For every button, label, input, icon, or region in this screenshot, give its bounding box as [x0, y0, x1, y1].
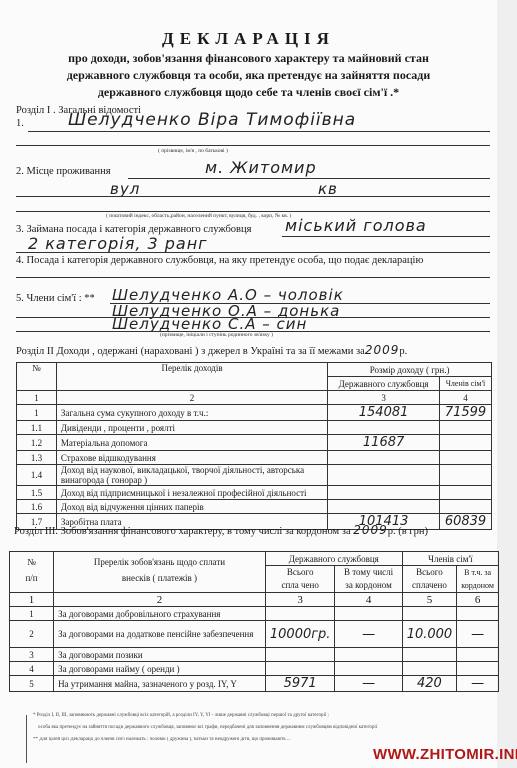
table-row: 5На утримання майна, зазначеного у розд.…	[10, 676, 499, 692]
item1-caption: ( прізвище, ім'я , по батькові )	[158, 148, 228, 154]
section3-heading: Розділ ІІІ. Зобов'язання фінансового хар…	[14, 523, 428, 537]
row-number: 1.6	[17, 500, 57, 514]
family-income-value	[439, 486, 491, 500]
obligation-value: 10.000	[402, 621, 457, 648]
family-income-value: 71599	[439, 405, 491, 421]
header-text: п/п	[14, 570, 49, 586]
item1-label: 1.	[16, 118, 24, 129]
footnote: особа яка претендує на зайняття посади д…	[38, 725, 377, 730]
obligation-value: 5971	[265, 676, 335, 692]
footnote: ** Для цілей цієї Декларації до членів с…	[33, 737, 363, 742]
official-income-value: 154081	[328, 405, 440, 421]
full-name-value: Шелудченко Віра Тимофіївна	[68, 110, 356, 130]
table-row: 1.3Страхове відшкодування	[17, 451, 492, 465]
header-text: сплачено	[404, 579, 456, 592]
row-label: За договорами на додаткове пенсійне забе…	[54, 621, 266, 648]
obligation-value: 10000гр.	[265, 621, 335, 648]
rule	[16, 211, 490, 212]
header-text: кордоном	[458, 579, 497, 592]
table-row: 1Загальна сума сукупного доходу в т.ч.:1…	[17, 405, 492, 421]
header-text: Всього	[270, 566, 331, 579]
row-label: Дивіденди , проценти , роялті	[56, 421, 327, 435]
row-label: Загальна сума сукупного доходу в т.ч.:	[56, 405, 327, 421]
table-row: 1.2Матеріальна допомога11687	[17, 435, 492, 451]
col-list-header: Пререлік зобов'язань щодо сплативнесків …	[54, 552, 266, 593]
category-value: 2 категорія, 3 ранг	[28, 234, 208, 253]
scan-edge	[497, 0, 517, 768]
rule	[16, 145, 490, 146]
row-label: Доход від наукової, викладацької, творчо…	[56, 465, 327, 486]
obligation-value	[335, 662, 402, 676]
official-income-value	[328, 500, 440, 514]
row-number: 1	[17, 405, 57, 421]
col-size-header: Розмір доходу ( грн.)	[328, 363, 492, 377]
row-label: Доход від підприємницької і незалежної п…	[56, 486, 327, 500]
obligation-value	[335, 648, 402, 662]
header-text: В тому числі	[339, 566, 397, 579]
column-number: 2	[54, 593, 266, 607]
section3-heading-text: Розділ ІІІ. Зобов'язання фінансового хар…	[14, 526, 351, 537]
row-label: За договорами найму ( оренди )	[54, 662, 266, 676]
col-official-header: Державного службовця	[328, 377, 440, 391]
footnote: * Розділ І, ІІ, ІІІ, заповнюють державні…	[33, 713, 329, 718]
table-row: 3За договорами позики	[10, 648, 499, 662]
row-label: Доход від відчуження цінних паперів	[56, 500, 327, 514]
column-numbers-row: 123456	[10, 593, 499, 607]
section2-year: 2009	[365, 343, 400, 357]
item4-label: 4. Посада і категорія державного службов…	[16, 255, 423, 266]
family-income-value	[439, 500, 491, 514]
obligation-value: —	[335, 676, 402, 692]
column-numbers-row: 1234	[17, 391, 492, 405]
header-text: Пререлік зобов'язань щодо сплати	[58, 554, 261, 570]
col-fam-total-header: Всьогосплачено	[402, 566, 457, 593]
row-number: 5	[10, 676, 54, 692]
rule	[16, 252, 490, 253]
position-value: міський голова	[285, 216, 427, 235]
document-subtitle: про доходи, зобов'язання фінансового хар…	[0, 50, 497, 101]
header-text: Всього	[404, 566, 456, 579]
obligations-table: №п/п Пререлік зобов'язань щодо сплативне…	[9, 551, 499, 692]
row-number: 1.5	[17, 486, 57, 500]
obligation-value	[265, 607, 335, 621]
header-text: №	[14, 554, 49, 570]
item5-label: 5. Члени сім'ї : **	[16, 293, 95, 304]
row-number: 1.2	[17, 435, 57, 451]
row-number: 1	[10, 607, 54, 621]
row-number: 1.3	[17, 451, 57, 465]
subtitle-line: державного службовця та особи, яка прете…	[0, 67, 497, 84]
row-number: 1.1	[17, 421, 57, 435]
subtitle-line: про доходи, зобов'язання фінансового хар…	[0, 50, 497, 67]
row-number: 3	[10, 648, 54, 662]
row-number: 2	[10, 621, 54, 648]
table-row: 1.6Доход від відчуження цінних паперів	[17, 500, 492, 514]
table-row: 1.1Дивіденди , проценти , роялті	[17, 421, 492, 435]
item2-label: 2. Місце проживання	[16, 166, 111, 177]
column-number: 3	[328, 391, 440, 405]
table-row: 4За договорами найму ( оренди )	[10, 662, 499, 676]
obligation-value	[457, 648, 499, 662]
col-family-header: Членів сім'ї	[439, 377, 491, 391]
column-number: 4	[335, 593, 402, 607]
family-income-value	[439, 435, 491, 451]
section2-heading-text: Розділ ІІ Доходи , одержані (нараховані …	[16, 346, 365, 357]
rule	[28, 131, 490, 132]
obligation-value	[402, 662, 457, 676]
column-number: 3	[265, 593, 335, 607]
col-family-header: Членів сім'ї	[402, 552, 498, 566]
row-label: За договорами позики	[54, 648, 266, 662]
row-label: За договорами добровільного страхування	[54, 607, 266, 621]
obligation-value	[457, 662, 499, 676]
income-table: № Перелік доходів Розмір доходу ( грн.) …	[16, 362, 492, 530]
col-list-header: Перелік доходів	[56, 363, 327, 391]
header-text: внесків ( платежів )	[58, 570, 261, 586]
section3-heading-suffix: р. (в грн)	[388, 526, 428, 537]
rule	[128, 178, 490, 179]
col-num-header: №п/п	[10, 552, 54, 593]
col-total-paid-header: Всьогоспла чено	[265, 566, 335, 593]
row-label: Матеріальна допомога	[56, 435, 327, 451]
family-income-value: 60839	[439, 514, 491, 530]
col-fam-abroad-header: В т.ч. закордоном	[457, 566, 499, 593]
column-number: 1	[17, 391, 57, 405]
section2-heading: Розділ ІІ Доходи , одержані (нараховані …	[16, 343, 407, 357]
column-number: 2	[56, 391, 327, 405]
row-label: На утримання майна, зазначеного у розд. …	[54, 676, 266, 692]
obligation-value	[265, 662, 335, 676]
obligation-value	[402, 607, 457, 621]
obligation-value: —	[457, 621, 499, 648]
section2-heading-suffix: р.	[399, 346, 407, 357]
obligation-value	[265, 648, 335, 662]
official-income-value	[328, 451, 440, 465]
col-official-header: Державного службовця	[265, 552, 402, 566]
header-text: спла чено	[270, 579, 331, 592]
official-income-value	[328, 421, 440, 435]
family-income-value	[439, 421, 491, 435]
column-number: 5	[402, 593, 457, 607]
rule	[16, 196, 490, 197]
row-number: 4	[10, 662, 54, 676]
official-income-value	[328, 486, 440, 500]
col-abroad-header: В тому числіза кордоном	[335, 566, 402, 593]
table-row: 1.5Доход від підприємницької і незалежно…	[17, 486, 492, 500]
obligation-value	[457, 607, 499, 621]
header-text: за кордоном	[339, 579, 397, 592]
official-income-value	[328, 465, 440, 486]
subtitle-line: державного службовця щодо себе та членів…	[0, 84, 497, 101]
obligation-value: 420	[402, 676, 457, 692]
footnote-bar	[26, 715, 27, 763]
item5-caption: (прізвище, ініціали і ступінь родинного …	[160, 332, 273, 338]
row-number: 1.4	[17, 465, 57, 486]
column-number: 6	[457, 593, 499, 607]
table-row: 1.4Доход від наукової, викладацької, тво…	[17, 465, 492, 486]
col-num-header: №	[17, 363, 57, 391]
rule	[16, 277, 490, 278]
header-text: В т.ч. за	[458, 566, 497, 579]
section3-year: 2009	[353, 523, 388, 537]
column-number: 4	[439, 391, 491, 405]
obligation-value: —	[457, 676, 499, 692]
column-number: 1	[10, 593, 54, 607]
obligation-value	[402, 648, 457, 662]
family-income-value	[439, 451, 491, 465]
table-row: 2За договорами на додаткове пенсійне заб…	[10, 621, 499, 648]
watermark: WWW.ZHITOMIR.INFO	[373, 746, 517, 763]
rule	[282, 236, 490, 237]
row-label: Страхове відшкодування	[56, 451, 327, 465]
family-income-value	[439, 465, 491, 486]
obligation-value	[335, 607, 402, 621]
official-income-value: 11687	[328, 435, 440, 451]
obligation-value: —	[335, 621, 402, 648]
document-title: ДЕКЛАРАЦІЯ	[0, 29, 497, 49]
table-row: 1За договорами добровільного страхування	[10, 607, 499, 621]
residence-city-value: м. Житомир	[205, 158, 317, 177]
item2-caption: ( поштовий індекс, область,район, населе…	[106, 213, 291, 219]
